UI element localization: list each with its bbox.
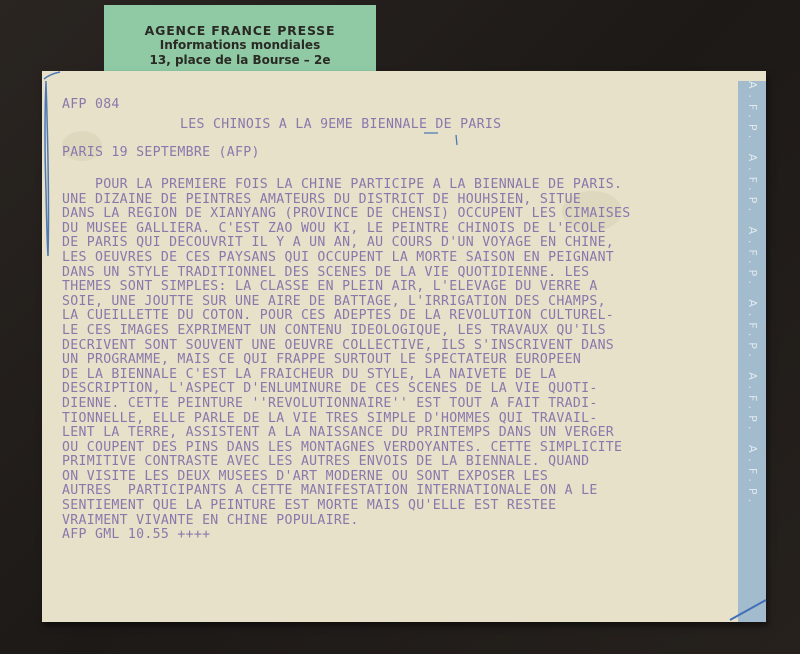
dispatch-id: AFP 084 [62,97,120,112]
dispatch-dateline: PARIS 19 SEPTEMBRE (AFP) [62,145,260,160]
afp-margin-strip-text: A.F.P. A.F.P. A.F.P. A.F.P. A.F.P. A.F.P… [742,81,762,622]
body-line: DANS LA REGION DE XIANYANG (PROVINCE DE … [62,206,631,221]
body-line: ON VISITE LES DEUX MUSEES D'ART MODERNE … [62,469,631,484]
telex-dispatch-sheet: AFP 084 LES CHINOIS A LA 9EME BIENNALE D… [42,71,766,622]
agency-name: AGENCE FRANCE PRESSE [104,23,376,38]
agency-tagline: Informations mondiales [104,38,376,53]
body-line: OU COUPENT DES PINS DANS LES MONTAGNES V… [62,440,631,455]
body-line: LES OEUVRES DE CES PAYSANS QUI OCCUPENT … [62,250,631,265]
body-line: UN PROGRAMME, MAIS CE QUI FRAPPE SURTOUT… [62,352,631,367]
body-line: DANS UN STYLE TRADITIONNEL DES SCENES DE… [62,265,631,280]
body-line: POUR LA PREMIERE FOIS LA CHINE PARTICIPE… [62,177,631,192]
body-line: SOIE, UNE JOUTTE SUR UNE AIRE DE BATTAGE… [62,294,631,309]
body-line: LE CES IMAGES EXPRIMENT UN CONTENU IDEOL… [62,323,631,338]
dispatch-body: POUR LA PREMIERE FOIS LA CHINE PARTICIPE… [62,177,631,542]
body-line: DU MUSEE GALLIERA. C'EST ZAO WOU KI, LE … [62,221,631,236]
body-line: DE LA BIENNALE C'EST LA FRAICHEUR DU STY… [62,367,631,382]
body-line: TIONNELLE, ELLE PARLE DE LA VIE TRES SIM… [62,411,631,426]
body-line: UNE DIZAINE DE PEINTRES AMATEURS DU DIST… [62,192,631,207]
body-line: THEMES SONT SIMPLES: LA CLASSE EN PLEIN … [62,279,631,294]
body-line: LENT LA TERRE, ASSISTENT A LA NAISSANCE … [62,425,631,440]
afp-margin-strip: A.F.P. A.F.P. A.F.P. A.F.P. A.F.P. A.F.P… [738,81,766,622]
body-line: PRIMITIVE CONTRASTE AVEC LES AUTRES ENVO… [62,454,631,469]
body-line: LA CUEILLETTE DU COTON. POUR CES ADEPTES… [62,308,631,323]
body-line: VRAIMENT VIVANTE EN CHINE POPULAIRE. [62,513,631,528]
body-line: DE PARIS QUI DECOUVRIT IL Y A UN AN, AU … [62,235,631,250]
body-line: SENTIEMENT QUE LA PEINTURE EST MORTE MAI… [62,498,631,513]
afp-letterhead-label: AGENCE FRANCE PRESSE Informations mondia… [104,5,376,75]
dispatch-footer-code: AFP GML 10.55 ++++ [62,527,631,542]
body-line: DIENNE. CETTE PEINTURE ''REVOLUTIONNAIRE… [62,396,631,411]
blue-pen-stroke-icon [728,592,768,622]
body-line: DESCRIPTION, L'ASPECT D'ENLUMINURE DE CE… [62,381,631,396]
body-line: DECRIVENT SONT SOUVENT UNE OEUVRE COLLEC… [62,338,631,353]
agency-address: 13, place de la Bourse – 2e [104,53,376,68]
pen-underline-mark-icon [422,129,462,147]
body-line: AUTRES PARTICIPANTS A CETTE MANIFESTATIO… [62,483,631,498]
